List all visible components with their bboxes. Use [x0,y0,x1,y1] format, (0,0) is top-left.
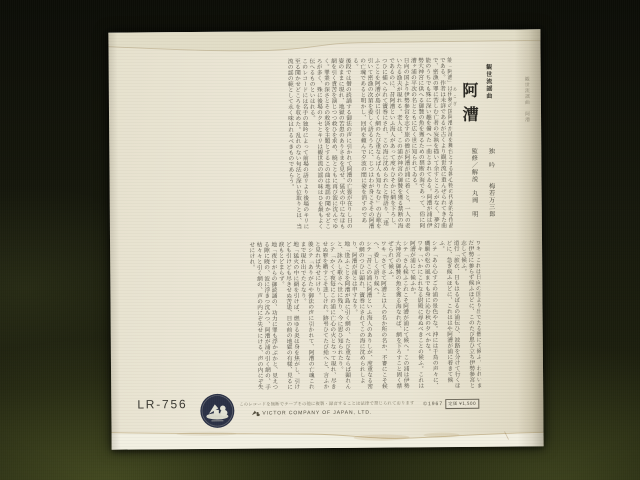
victor-trademark-icon [251,410,260,417]
price-box: 定価 ¥1,500 [445,399,479,409]
record-sleeve-back: 観世流謡曲 阿漕 観世流謡曲 阿漕 あこぎ 独 吟 梅若万三郎 監修／解説 丸岡… [108,29,543,449]
libretto-text-block: ワキ「これは日向の国より出でたる僧にて候ふ。われいまだ伊勢に参らず候ふほどに、こ… [134,240,481,396]
sleeve-top-flap [108,29,540,58]
photo-scene: 観世流謡曲 阿漕 観世流謡曲 阿漕 あこぎ 独 吟 梅若万三郎 監修／解説 丸岡… [0,0,640,480]
album-title-furigana: あこぎ [452,87,459,151]
sleeve-right-edge-shading [514,29,543,446]
copyright-year: ©1967 [423,401,443,407]
company-name: VICTOR COMPANY OF JAPAN, LTD. [262,409,372,416]
copy-warning-text: このレコードを無断でテープその他に複製・録音することは法律で禁じられております [239,400,414,407]
company-name-line: VICTOR COMPANY OF JAPAN, LTD. [251,409,372,417]
credit-supervisor: 監修／解説 丸岡 明 [469,148,479,222]
catalog-number: LR-756 [137,397,187,411]
commentary-text-block: 能「阿漕」は伊勢の国阿漕が浦を舞台とする執心物の代表的な作品である。作者は未詳で… [133,57,453,232]
school-label: 観世流謡曲 [484,64,493,110]
photo-background: { "colors": { "photo_background": "#1618… [0,0,640,480]
credit-performer: 独 吟 梅若万三郎 [486,148,496,222]
victor-nipper-logo-icon [199,393,235,429]
sleeve-left-edge-shading [108,33,120,450]
sleeve-bottom-fold [111,424,543,449]
